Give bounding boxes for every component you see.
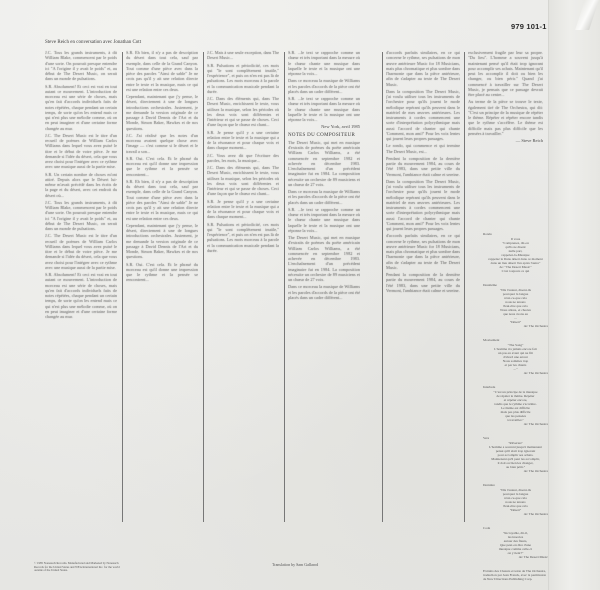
paragraph: J.C. Dans des éléments qui, dans The Des… bbox=[207, 165, 279, 197]
poem-excerpt: Coda"Incroyable, dit-il,les insectesauto… bbox=[483, 526, 548, 559]
paragraph: Cependant, maintenant que j'y pense, le … bbox=[126, 223, 198, 260]
paragraph: The Desert Music, qui met en musique d'e… bbox=[288, 140, 360, 187]
interview-column-2: S.R. Eh bien, il n'y a pas de descriptio… bbox=[126, 50, 198, 520]
signature: — Steve Reich bbox=[468, 138, 543, 143]
paragraph: S.R. Absolument! Et ceci est vrai en tou… bbox=[45, 272, 117, 319]
poem-excerpt: RondoIl vous"Comprenez, dit-onqu'ils ne … bbox=[483, 232, 548, 273]
paragraph: S.R. Eh bien, il n'y a pas de descriptio… bbox=[126, 50, 198, 92]
column-divider bbox=[382, 52, 383, 522]
paragraph: S.R. Oui. C'est cela. Et le phrasé du mo… bbox=[126, 156, 198, 177]
paragraph: Dans la composition The Desert Music, j'… bbox=[386, 179, 460, 232]
paragraph: Cependant, maintenant que j'y pense, le … bbox=[126, 94, 198, 131]
paragraph: S.R. ...le text se rapproche comme un ch… bbox=[288, 50, 360, 76]
paragraph: The Desert Music, qui met en musique d'e… bbox=[288, 235, 360, 282]
poem-section-label: Coda bbox=[483, 526, 548, 530]
paragraph: J.C. The Desert Music est le titre d'un … bbox=[45, 133, 117, 170]
paragraph: Dans ce morceau la musique de Williams e… bbox=[288, 78, 360, 94]
poem-section-label: Mouvement bbox=[483, 338, 548, 342]
paragraph: S.R. ...le text se rapproche comme un ch… bbox=[288, 207, 360, 233]
paragraph: d'accords parfaits similaires, en ce qui… bbox=[386, 233, 460, 270]
poem-section-label: Vers bbox=[483, 436, 548, 440]
poem-attribution: de: The Orchestra bbox=[483, 324, 548, 328]
column-divider bbox=[122, 52, 123, 522]
paragraph: Pendant la composition de la dernière pa… bbox=[386, 156, 460, 177]
paragraph: J.C. Vous avez dit que l'écriture des pa… bbox=[207, 153, 279, 164]
paragraph: Dans ce morceau la musique de Williams e… bbox=[288, 189, 360, 205]
interview-column-1: J.C. Tous les grands instruments, à dit … bbox=[45, 50, 117, 515]
poem-attribution: de: The Orchestra bbox=[483, 371, 548, 375]
column-divider bbox=[203, 52, 204, 522]
interview-column-3: J.C. Mais à une seule exception, dans Th… bbox=[207, 50, 279, 520]
paragraph: Dans ce morceau la musique de Williams e… bbox=[288, 284, 360, 300]
poem-excerpt: Mouvement"The Song"L'homme n'a jamais en… bbox=[483, 338, 548, 375]
paragraph: d'accords parfaits similaires, en ce qui… bbox=[386, 50, 460, 87]
paragraph: Le rondo, qui commence et qui termine Th… bbox=[386, 143, 460, 154]
paragraph: S.R. Un certain nombre de choses m'ont a… bbox=[45, 172, 117, 198]
poem-excerpts: RondoIl vous"Comprenez, dit-onqu'ils ne … bbox=[483, 232, 548, 581]
poem-attribution: de: The Orchestra bbox=[483, 422, 548, 426]
paragraph: J.C. Tous les grands instruments, à dit … bbox=[45, 50, 117, 82]
poem-attribution: de: The Desert Music bbox=[483, 555, 548, 559]
paragraph: J.C. J'ai réalisé que les notes d'un mor… bbox=[126, 133, 198, 154]
copyright-notice: © 1985 Nonesuch Records. Manufactured an… bbox=[34, 562, 124, 573]
interview-date: New York, avril 1985 bbox=[288, 124, 360, 129]
composer-notes-title: NOTES DU COMPOSITEUR bbox=[288, 133, 360, 138]
poem-attribution: de: The Orchestra bbox=[483, 469, 548, 473]
text-credits: Extraits des Chœurs et texte de The Orch… bbox=[483, 569, 548, 581]
poem-excerpt: Interlude"C'est un principe de la musiqu… bbox=[483, 385, 548, 426]
poem-section-label: Deuxième bbox=[483, 283, 548, 287]
paragraph: Au terme de la pièce se trouve le texte,… bbox=[468, 99, 543, 136]
catalog-number: 979 101-1 bbox=[511, 22, 547, 31]
interview-column-4: S.R. ...le text se rapproche comme un ch… bbox=[288, 50, 360, 520]
poem-line: C'est toujours ce qui bbox=[483, 269, 548, 273]
poem-section-label: Dernière bbox=[483, 483, 548, 487]
page-fold-edge bbox=[548, 0, 600, 590]
paragraph: S.R. Je pense qu'il y a une certaine rel… bbox=[207, 130, 279, 151]
paragraph: Dans la composition The Desert Music, j'… bbox=[386, 89, 460, 142]
paragraph: J.C. The Desert Music est le titre d'un … bbox=[45, 233, 117, 270]
column-divider bbox=[464, 52, 465, 522]
paragraph: J.C. Tous les grands instruments, à dit … bbox=[45, 200, 117, 232]
paragraph: S.R. ...le text se rapproche comme un ch… bbox=[288, 96, 360, 122]
paragraph: S.R. Pulsations et périodicité, ces mots… bbox=[207, 63, 279, 95]
paragraph: S.R. Pulsations et périodicité, ces mots… bbox=[207, 222, 279, 254]
paragraph: J.C. Mais à une seule exception, dans Th… bbox=[207, 50, 279, 61]
poem-excerpt: Deuxième"Dis l'auteur, disent-ilspourquo… bbox=[483, 283, 548, 328]
notes-column-2: exclusivement fragile par leur sa propre… bbox=[468, 50, 543, 240]
paragraph: S.R. Oui. C'est cela. Et le phrasé du mo… bbox=[126, 262, 198, 283]
paragraph: J.C. Dans des éléments qui, dans The Des… bbox=[207, 96, 279, 128]
paragraph: S.R. Eh bien, il n'y a pas de descriptio… bbox=[126, 179, 198, 221]
translator-credit: Translation by Sam Gallarod bbox=[272, 562, 318, 567]
column-divider bbox=[284, 52, 285, 522]
paragraph: Pendant la composition de la dernière pa… bbox=[386, 272, 460, 293]
poem-excerpt: Dernière"Dis l'auteur, disent-ilspourquo… bbox=[483, 483, 548, 516]
interview-header: Steve Reich en conversation avec Jonatha… bbox=[45, 40, 141, 45]
paragraph: exclusivement fragile par leur sa propre… bbox=[468, 50, 543, 97]
paragraph: S.R. Absolument! Et ceci est vrai en tou… bbox=[45, 84, 117, 131]
poem-attribution: de: The Orchestra bbox=[483, 512, 548, 516]
paragraph: S.R. Je pense qu'il y a une certaine rel… bbox=[207, 199, 279, 220]
notes-column-1: d'accords parfaits similaires, en ce qui… bbox=[386, 50, 460, 520]
poem-section-label: Interlude bbox=[483, 385, 548, 389]
poem-section-label: Rondo bbox=[483, 232, 548, 236]
poem-excerpt: Vers"Rêveries"L'homme a souvent jusqu'à … bbox=[483, 436, 548, 473]
